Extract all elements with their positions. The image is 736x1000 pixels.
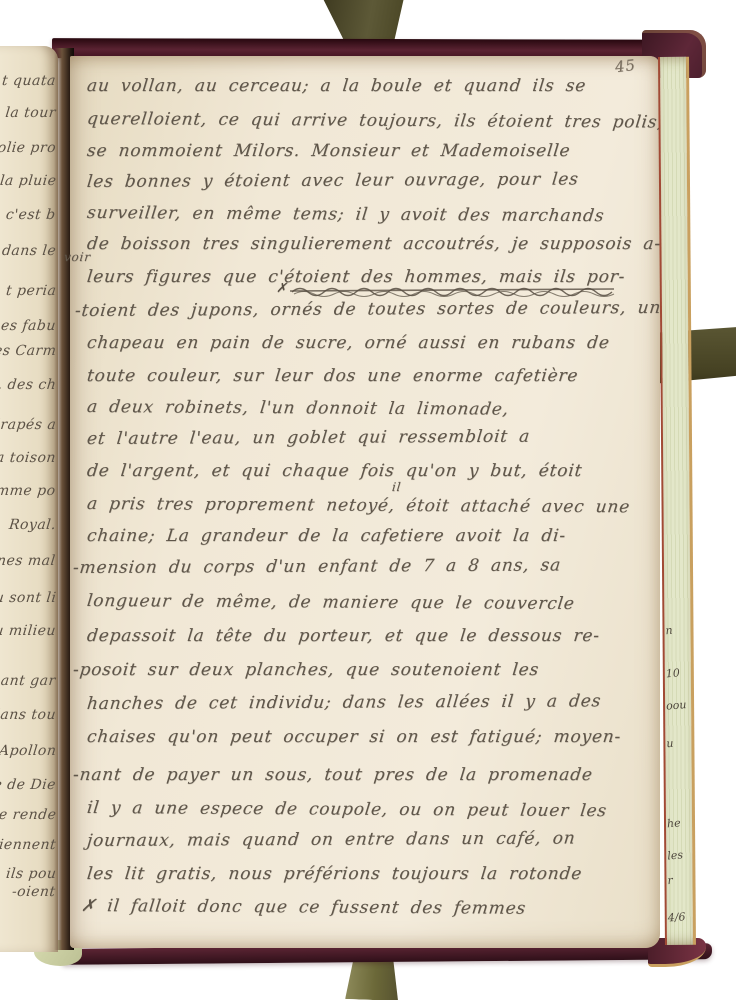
inserted-word-il: il: [391, 480, 402, 494]
scribble-line-graphic: [290, 283, 616, 299]
manuscript-line: -nant de payer un sous, tout pres de la …: [72, 765, 594, 785]
manuscript-line: hanches de cet individu; dans les allées…: [86, 691, 602, 714]
manuscript-line: chapeau en pain de sucre, orné aussi en …: [86, 333, 611, 353]
manuscript-line: querelloient, ce qui arrive toujours, il…: [86, 109, 665, 133]
manuscript-line: journaux, mais quand on entre dans un ca…: [86, 828, 577, 851]
left-page-fragment: iennent: [0, 837, 57, 853]
left-page-fragment: du milieu: [0, 623, 57, 639]
left-page-fragment: Apollon: [0, 743, 57, 759]
manuscript-line: -toient des jupons, ornés de toutes sort…: [74, 298, 662, 321]
fore-edge-mark: he: [667, 816, 682, 830]
left-page-fragment: ils, des ch: [0, 377, 57, 393]
manuscript-line: de boisson tres singulierement accoutrés…: [86, 234, 662, 254]
left-page-fragment: jolie pro: [0, 140, 57, 156]
left-page-fragment: dans tou: [0, 707, 57, 723]
manuscript-line: il y a une espece de coupole, ou on peut…: [86, 798, 608, 821]
fore-edge-mark: oou: [666, 698, 687, 713]
manuscript-line: ✗ il falloit donc que ce fussent des fem…: [80, 896, 527, 919]
manuscript-line: chaine; La grandeur de la cafetiere avoi…: [86, 526, 567, 546]
manuscript-line: se nommoient Milors. Monsieur et Mademoi…: [86, 141, 571, 161]
left-page-fragment: eu sont li: [0, 590, 57, 606]
strikethrough-scribble: ✗: [290, 283, 616, 299]
fore-edge-mark: 4/6: [667, 910, 686, 924]
inserted-word-voir: voir: [63, 250, 91, 264]
strike-x-marker: ✗: [276, 281, 288, 296]
page-fore-edge: n 10 oou u he les r 4/6: [658, 57, 696, 945]
left-page-fragment: drapés a: [0, 417, 57, 433]
left-page-fragment: Royal.: [8, 517, 57, 533]
left-page-fragment: t peria: [5, 283, 57, 299]
manuscript-line: les lit gratis, nous préférions toujours…: [86, 864, 583, 884]
left-page-fragment: omme po: [0, 483, 57, 499]
fore-edge-mark: r: [667, 874, 673, 887]
left-page-fragment: dans le: [1, 243, 57, 259]
manuscript-line: -mension du corps d'un enfant de 7 a 8 a…: [72, 555, 562, 578]
manuscript-line: au vollan, au cerceau; a la boule et qua…: [86, 76, 587, 96]
manuscript-line: et l'autre l'eau, un goblet qui ressembl…: [86, 427, 531, 449]
left-page-fragment: -oient: [12, 884, 57, 900]
left-page-fragment: ils pou: [5, 866, 57, 882]
left-page-fragment: la toison: [0, 450, 57, 466]
left-page-fragment: la pluie: [0, 173, 57, 189]
fore-edge-mark: n: [665, 624, 673, 638]
photo-of-open-manuscript-book: t quata ance la tour jolie pro la pluie …: [0, 0, 736, 1000]
open-book: t quata ance la tour jolie pro la pluie …: [0, 0, 736, 1000]
left-page-fragment: nes mal: [0, 553, 57, 569]
manuscript-line: les bonnes y étoient avec leur ouvrage, …: [86, 169, 580, 192]
manuscript-line: a pris tres proprement netoyé, étoit att…: [86, 494, 631, 517]
manuscript-line: a deux robinets, l'un donnoit la limonad…: [86, 397, 510, 420]
left-page-fragment: nie de Die: [0, 777, 57, 793]
left-page-fragment: ance la tour: [0, 105, 57, 121]
manuscript-line: de l'argent, et qui chaque fois qu'on y …: [86, 461, 583, 481]
fore-edge-mark: les: [667, 848, 684, 862]
left-page-fragment: , c'est b: [0, 207, 57, 223]
left-page-fragment: es Carm: [0, 343, 57, 359]
left-page-fragment: mant gar: [0, 673, 57, 689]
manuscript-line: depassoit la tête du porteur, et que le …: [86, 626, 601, 646]
manuscript-page: 45 au vollan, au cerceau; a la boule et …: [70, 56, 660, 948]
manuscript-line: -posoit sur deux planches, que soutenoie…: [72, 660, 540, 680]
fore-edge-mark: u: [666, 737, 674, 751]
fore-edge-mark: 10: [665, 666, 680, 680]
manuscript-line: toute couleur, sur leur dos une enorme c…: [86, 366, 579, 386]
left-page-fragment: t quata: [1, 73, 57, 89]
page-number: 45: [614, 56, 637, 76]
left-page-fragment: le rende: [0, 807, 57, 823]
manuscript-line: chaises qu'on peut occuper si on est fat…: [86, 727, 622, 747]
facing-page-edge: t quata ance la tour jolie pro la pluie …: [0, 46, 58, 952]
left-page-fragment: es fabu: [0, 318, 57, 334]
manuscript-line: surveiller, en même tems; il y avoit des…: [86, 203, 605, 226]
manuscript-line: longueur de même, de maniere que le couv…: [86, 591, 576, 614]
